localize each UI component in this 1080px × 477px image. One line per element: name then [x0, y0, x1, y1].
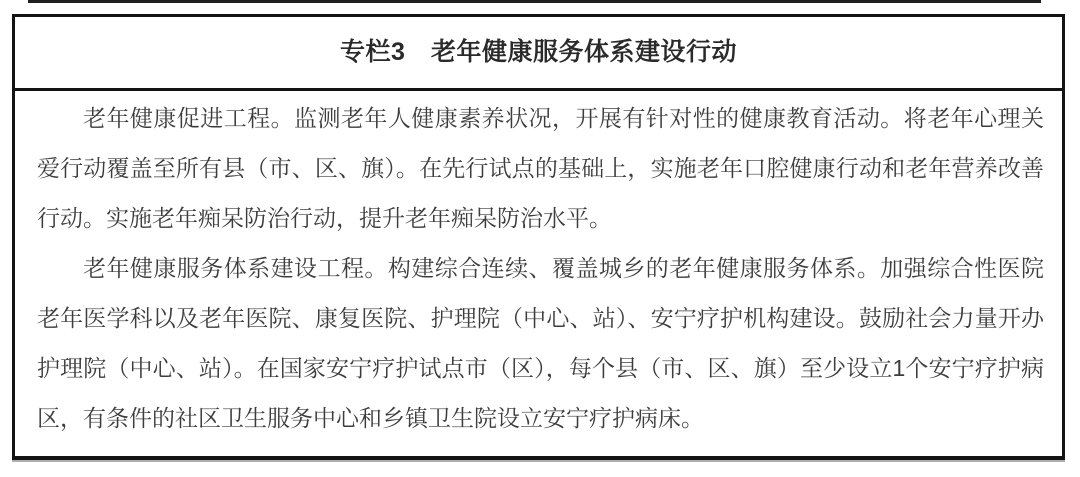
- callout-box-panel: 专栏3 老年健康服务体系建设行动 老年健康促进工程。监测老年人健康素养状况，开展…: [12, 14, 1065, 460]
- panel-body: 老年健康促进工程。监测老年人健康素养状况，开展有针对性的健康教育活动。将老年心理…: [15, 91, 1062, 443]
- screenshot-root: 专栏3 老年健康服务体系建设行动 老年健康促进工程。监测老年人健康素养状况，开展…: [0, 0, 1080, 477]
- paragraph-service-system: 老年健康服务体系建设工程。构建综合连续、覆盖城乡的老年健康服务体系。加强综合性医…: [37, 243, 1044, 443]
- panel-title: 专栏3 老年健康服务体系建设行动: [340, 32, 737, 68]
- panel-header: 专栏3 老年健康服务体系建设行动: [15, 17, 1062, 91]
- paragraph-health-promotion: 老年健康促进工程。监测老年人健康素养状况，开展有针对性的健康教育活动。将老年心理…: [37, 93, 1044, 243]
- top-edge-artifact: [28, 0, 1041, 3]
